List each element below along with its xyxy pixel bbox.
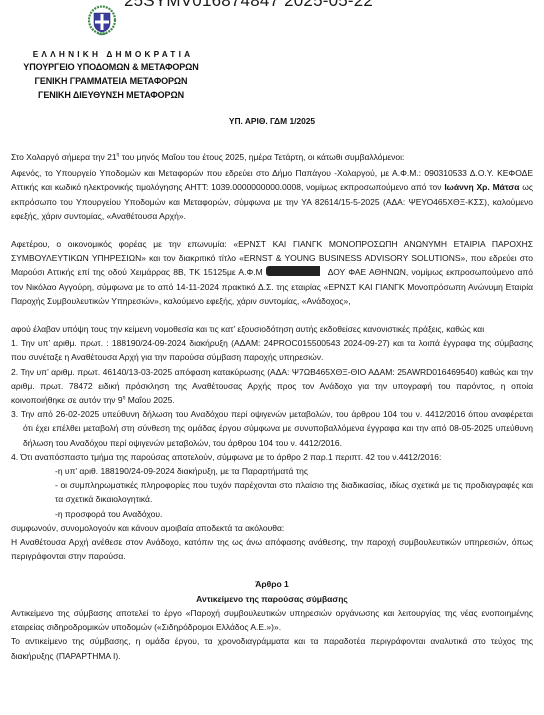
article-paragraph: Αντικείμενο της σύμβασης αποτελεί το έργ… [11,606,533,634]
intro-paragraph: Στο Χολαργό σήμερα την 21η του μηνός Μαΐ… [11,150,533,164]
considering-paragraph: αφού έλαβαν υπόψη τους την κείμενη νομοθ… [11,322,533,336]
party-a-representative: Ιωάννη Χρ. Μάτσα [444,182,519,192]
greek-coat-of-arms-icon [87,5,117,37]
agreement-paragraph: συμφωνούν, συνομολογούν και κάνουν αμοιβ… [11,521,533,535]
reference-number: ΥΠ. ΑΡΙΘ. ΓΔΜ 1/2025 [0,116,544,126]
issuer-header: ΕΛΛΗΝΙΚΗ ΔΗΜΟΚΡΑΤΙΑ ΥΠΟΥΡΓΕΙΟ ΥΠΟΔΟΜΩΝ &… [0,48,222,102]
item-2: 2. Την υπ’ αριθμ. πρωτ. 46140/13-03-2025… [11,365,533,408]
ministry-name: ΥΠΟΥΡΓΕΙΟ ΥΠΟΔΟΜΩΝ & ΜΕΤΑΦΟΡΩΝ [0,60,222,74]
document-id-stamp: 25SYMV016874847 2025-05-22 [124,0,373,11]
party-b-paragraph: Αφετέρου, ο οικονομικός φορέας με την επ… [11,237,533,308]
intro-text: Στο Χολαργό σήμερα την 21 [11,152,117,162]
redacted-tax-id [266,266,320,276]
item-4-subitem: -η προσφορά του Αναδόχου. [11,507,533,521]
item-4-subitem: -η υπ’ αριθ. 188190/24-09-2024 διακήρυξη… [11,464,533,478]
item-3: 3. Την από 26-02-2025 υπεύθυνη δήλωση το… [11,407,533,450]
republic-name: ΕΛΛΗΝΙΚΗ ΔΗΜΟΚΡΑΤΙΑ [0,48,222,60]
award-paragraph: Η Αναθέτουσα Αρχή ανέθεσε στον Ανάδοχο, … [11,535,533,563]
directorate-name: ΓΕΝΙΚΗ ΔΙΕΥΘΥΝΣΗ ΜΕΤΑΦΟΡΩΝ [0,88,222,102]
item-2-text: 2. Την υπ’ αριθμ. πρωτ. 46140/13-03-2025… [11,367,533,405]
party-a-paragraph: Αφενός, το Υπουργείο Υποδομών και Μεταφο… [11,166,533,223]
item-1: 1. Την υπ’ αριθμ. πρωτ. : 188190/24-09-2… [11,336,533,364]
document-body: Στο Χολαργό σήμερα την 21η του μηνός Μαΐ… [11,150,533,663]
article-paragraph: Το αντικείμενο της σύμβασης, η ομάδα έργ… [11,634,533,662]
item-4-subitem: - οι συμπληρωματικές πληροφορίες που τυχ… [11,478,533,506]
item-4: 4. Ότι αναπόσπαστο τμήμα της παρούσας απ… [11,450,533,464]
item-2-text-cont: Μαΐου 2025. [125,395,174,405]
article-title: Αντικείμενο της παρούσας σύμβασης [11,592,533,606]
article-number: Άρθρο 1 [11,577,533,591]
secretariat-name: ΓΕΝΙΚΗ ΓΡΑΜΜΑΤΕΙΑ ΜΕΤΑΦΟΡΩΝ [0,74,222,88]
intro-text-cont: του μηνός Μαΐου του έτους 2025, ημέρα Τε… [119,152,404,162]
